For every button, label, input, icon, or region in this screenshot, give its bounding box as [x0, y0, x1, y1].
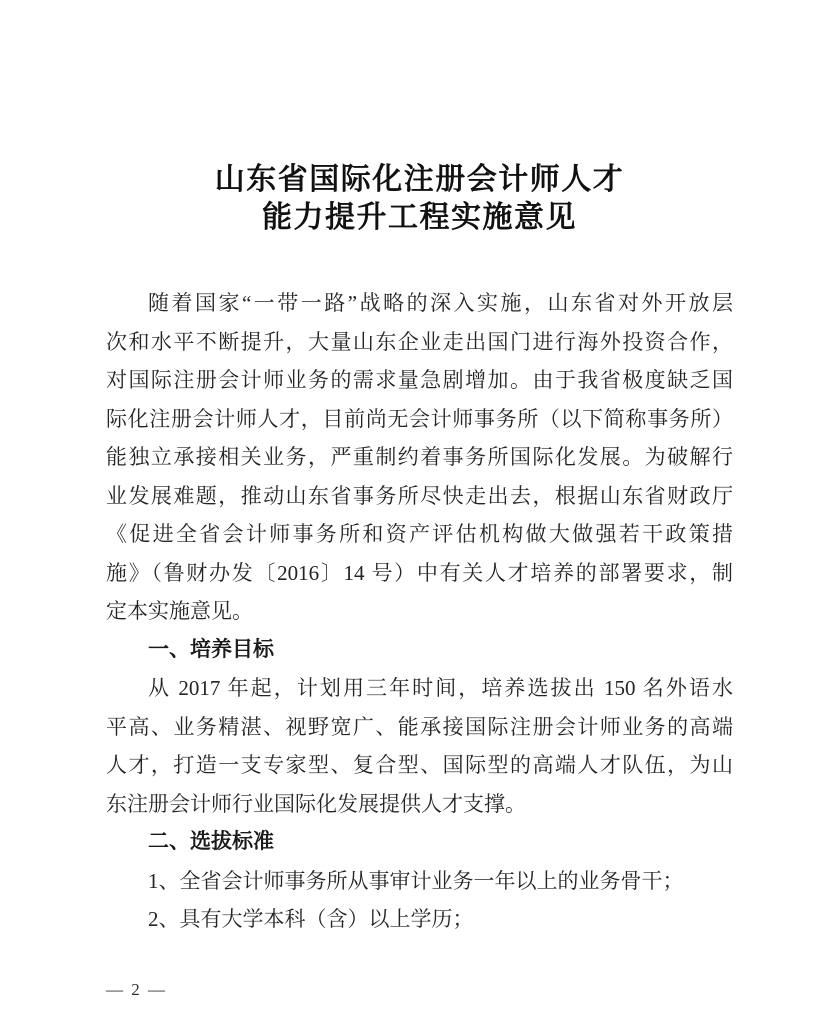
body-line: 随着国家“一带一路”战略的深入实施，山东省对外开放层: [106, 284, 733, 323]
body-line: 际化注册会计师人才，目前尚无会计师事务所（以下简称事务所）: [106, 400, 733, 439]
section-heading-selection-criteria: 二、选拔标准: [106, 823, 733, 862]
body-line: 业发展难题，推动山东省事务所尽快走出去，根据山东省财政厅: [106, 477, 733, 516]
body-line: 人才，打造一支专家型、复合型、国际型的高端人才队伍，为山: [106, 746, 733, 785]
document-page: 山东省国际化注册会计师人才 能力提升工程实施意见 随着国家“一带一路”战略的深入…: [0, 0, 826, 1017]
body-line: 《促进全省会计师事务所和资产评估机构做大做强若干政策措: [106, 515, 733, 554]
document-title: 山东省国际化注册会计师人才 能力提升工程实施意见: [106, 161, 733, 237]
body-line: 对国际注册会计师业务的需求量急剧增加。由于我省极度缺乏国: [106, 361, 733, 400]
body-line: 东注册会计师行业国际化发展提供人才支撑。: [106, 785, 733, 824]
body-line: 从 2017 年起，计划用三年时间，培养选拔出 150 名外语水: [106, 669, 733, 708]
body-line: 施》（鲁财办发〔2016〕14 号）中有关人才培养的部署要求，制: [106, 554, 733, 593]
body-line: 定本实施意见。: [106, 592, 733, 631]
document-body: 随着国家“一带一路”战略的深入实施，山东省对外开放层 次和水平不断提升，大量山东…: [106, 284, 733, 939]
list-item-1: 1、全省会计师事务所从事审计业务一年以上的业务骨干；: [106, 862, 733, 901]
body-line: 能独立承接相关业务，严重制约着事务所国际化发展。为破解行: [106, 438, 733, 477]
title-line-2: 能力提升工程实施意见: [106, 199, 733, 237]
list-item-2: 2、具有大学本科（含）以上学历；: [106, 900, 733, 939]
body-line: 次和水平不断提升，大量山东企业走出国门进行海外投资合作，: [106, 323, 733, 362]
section-heading-training-goal: 一、培养目标: [106, 631, 733, 670]
title-line-1: 山东省国际化注册会计师人才: [106, 161, 733, 199]
page-number: — 2 —: [106, 980, 167, 1000]
body-line: 平高、业务精湛、视野宽广、能承接国际注册会计师业务的高端: [106, 708, 733, 747]
